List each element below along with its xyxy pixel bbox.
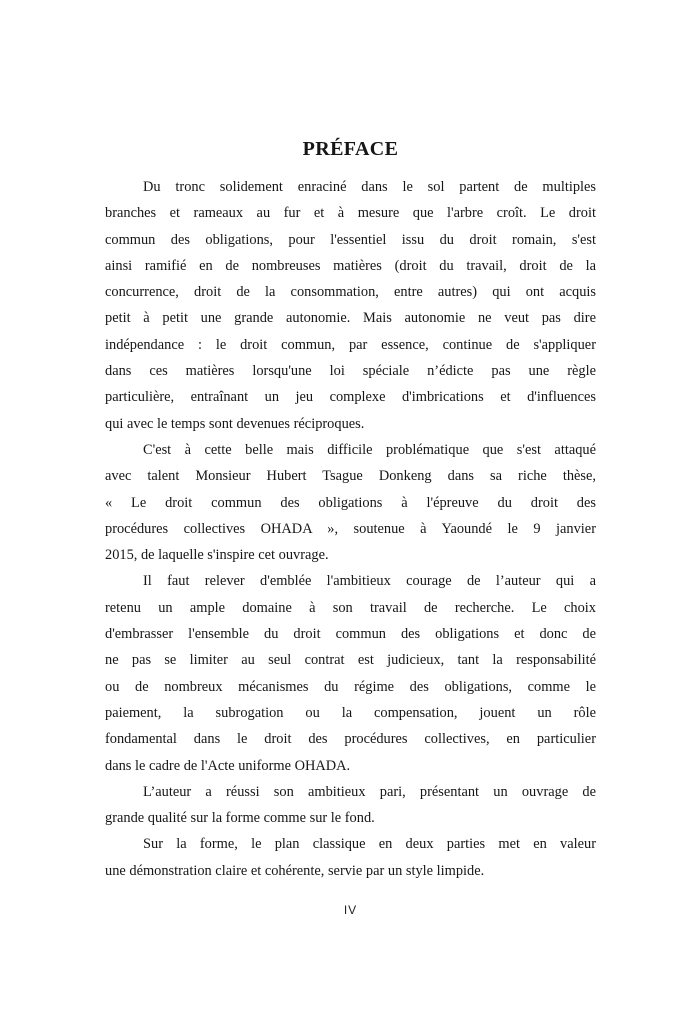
text-line: particulière, entraînant un jeu complexe… [105, 384, 596, 410]
text-line: grande qualité sur la forme comme sur le… [105, 805, 596, 831]
text-line: indépendance : le droit commun, par esse… [105, 332, 596, 358]
document-page: PRÉFACE Du tronc solidement enraciné dan… [0, 0, 700, 1028]
paragraph: L’auteur a réussi son ambitieux pari, pr… [105, 779, 596, 832]
text-line: d'embrasser l'ensemble du droit commun d… [105, 621, 596, 647]
text-line: Sur la forme, le plan classique en deux … [105, 831, 596, 857]
text-line: procédures collectives OHADA », soutenue… [105, 516, 596, 542]
text-line: 2015, de laquelle s'inspire cet ouvrage. [105, 542, 596, 568]
text-line: C'est à cette belle mais difficile probl… [105, 437, 596, 463]
text-line: petit à petit une grande autonomie. Mais… [105, 305, 596, 331]
text-line: dans ces matières lorsqu'une loi spécial… [105, 358, 596, 384]
paragraph: Il faut relever d'emblée l'ambitieux cou… [105, 568, 596, 778]
text-line: ainsi ramifié en de nombreuses matières … [105, 253, 596, 279]
text-line: qui avec le temps sont devenues réciproq… [105, 411, 596, 437]
text-line: fondamental dans le droit des procédures… [105, 726, 596, 752]
text-line: Il faut relever d'emblée l'ambitieux cou… [105, 568, 596, 594]
text-line: avec talent Monsieur Hubert Tsague Donke… [105, 463, 596, 489]
text-line: commun des obligations, pour l'essentiel… [105, 227, 596, 253]
text-line: « Le droit commun des obligations à l'ép… [105, 490, 596, 516]
text-line: ou de nombreux mécanismes du régime des … [105, 674, 596, 700]
text-block: PRÉFACE Du tronc solidement enraciné dan… [105, 136, 596, 917]
text-line: dans le cadre de l'Acte uniforme OHADA. [105, 753, 596, 779]
text-line: paiement, la subrogation ou la compensat… [105, 700, 596, 726]
text-line: L’auteur a réussi son ambitieux pari, pr… [105, 779, 596, 805]
paragraph: Sur la forme, le plan classique en deux … [105, 831, 596, 884]
text-line: concurrence, droit de la consommation, e… [105, 279, 596, 305]
text-line: Du tronc solidement enraciné dans le sol… [105, 174, 596, 200]
page-title: PRÉFACE [105, 136, 596, 162]
page-number: IV [105, 903, 596, 917]
paragraph: C'est à cette belle mais difficile probl… [105, 437, 596, 568]
text-line: une démonstration claire et cohérente, s… [105, 858, 596, 884]
paragraph: Du tronc solidement enraciné dans le sol… [105, 174, 596, 437]
preface-body: Du tronc solidement enraciné dans le sol… [105, 174, 596, 884]
text-line: branches et rameaux au fur et à mesure q… [105, 200, 596, 226]
text-line: ne pas se limiter au seul contrat est ju… [105, 647, 596, 673]
text-line: retenu un ample domaine à son travail de… [105, 595, 596, 621]
